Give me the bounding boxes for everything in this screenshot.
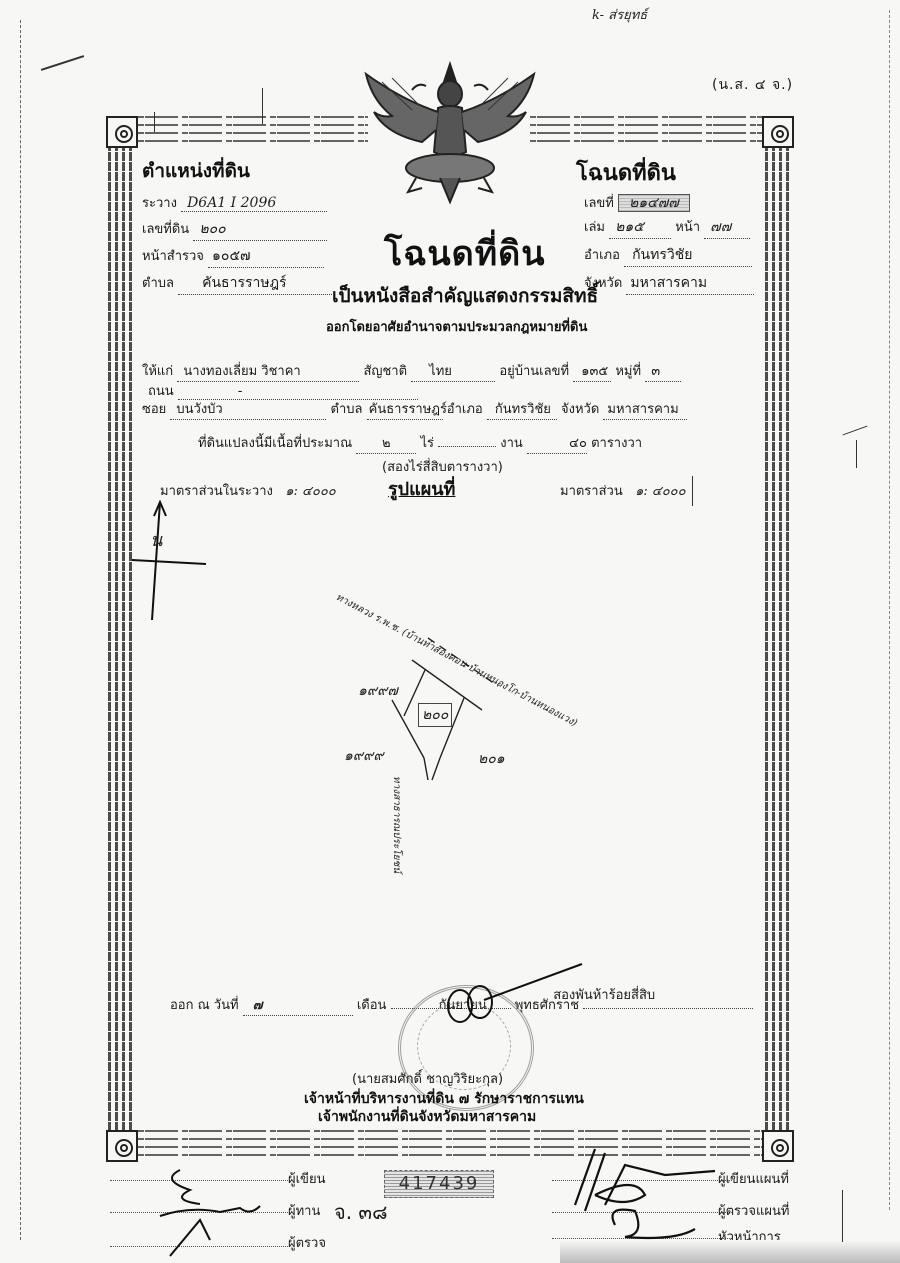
official-name: (นายสมศักดิ์ ชาญวิริยะกุล): [352, 1068, 503, 1089]
north-label: น: [150, 525, 162, 554]
soi-label: ซอย: [142, 402, 166, 417]
district-value-2: กันทรวิชัย: [487, 398, 557, 420]
book-page-field: เล่ม ๒๑๕ หน้า ๗๗: [584, 216, 750, 239]
stray-mark: [41, 55, 84, 71]
area-prefix: ที่ดินแปลงนี้มีเนื้อที่ประมาณ: [198, 436, 352, 451]
parcel-number-field: เลขที่ดิน ๒๐๐: [142, 218, 327, 241]
page-edge-left: [20, 20, 22, 1240]
document-authority: ออกโดยอาศัยอำนาจตามประมวลกฎหมายที่ดิน: [326, 316, 587, 337]
area-rai-value: ๒: [356, 432, 416, 454]
book-value: ๒๑๕: [609, 216, 671, 239]
form-series-code: จ. ๓๘: [334, 1196, 388, 1228]
survey-page-value: ๑๐๕๗: [208, 245, 324, 268]
map-sheet-label: ระวาง: [142, 196, 177, 211]
area-wa-label: ตารางวา: [591, 436, 642, 451]
owner-row: ให้แก่ นางทองเลี่ยม วิชาคา สัญชาติ ไทย อ…: [142, 360, 681, 382]
garuda-emblem-icon: [352, 60, 548, 210]
scale-left-value: ๑: ๔๐๐๐: [285, 484, 335, 499]
owner-name: นางทองเลี่ยม วิชาคา: [177, 360, 359, 382]
area-rai-label: ไร่: [420, 436, 434, 451]
area-wa-value: ๔๐: [527, 432, 587, 454]
location-heading: ตำแหน่งที่ดิน: [142, 156, 250, 186]
map-title: รูปแผนที่: [388, 474, 455, 503]
border-left: [108, 148, 134, 1130]
border-right: [765, 148, 791, 1130]
province-value: มหาสารคาม: [626, 272, 754, 295]
corner-ornament-icon: [106, 116, 138, 148]
subdistrict-field: ตำบล คันธารราษฎร์: [142, 272, 332, 295]
province-label-2: จังหวัด: [561, 402, 599, 417]
nationality-value: ไทย: [411, 360, 495, 382]
address-row: ซอย บนวังบัว ตำบล คันธารราษฎร์ อำเภอ กัน…: [142, 398, 687, 420]
footer-right-signatures: [565, 1145, 725, 1245]
moo-value: ๓: [645, 360, 681, 382]
corner-ornament-icon: [106, 1130, 138, 1162]
district-field: อำเภอ กันทรวิชัย: [584, 244, 752, 267]
border-top-right: [530, 116, 762, 148]
page-label: หน้า: [675, 220, 700, 235]
subdistrict-value: คันธารราษฎร์: [178, 272, 332, 295]
corner-ornament-icon: [762, 116, 794, 148]
footer-left-signatures: [150, 1160, 290, 1260]
scale-left: มาตราส่วนในระวาง ๑: ๔๐๐๐: [160, 480, 336, 501]
issue-date-label: ออก ณ วันที่: [170, 998, 239, 1013]
document-subtitle: เป็นหนังสือสำคัญแสดงกรรมสิทธิ์: [332, 281, 598, 311]
issue-day: ๗: [243, 994, 353, 1016]
stray-mark: [856, 440, 857, 468]
parcel-label: ๒๐๐: [418, 703, 452, 727]
stray-mark: [692, 476, 693, 506]
writer-label: ผู้เขียน: [288, 1168, 325, 1189]
district-label: อำเภอ: [584, 248, 620, 263]
neighbor-label: ๑๙๙๗: [358, 680, 398, 702]
soi-value: บนวังบัว: [170, 398, 326, 420]
area-ngan-value: [438, 446, 496, 447]
scale-right-value: ๑: ๔๐๐๐: [635, 484, 685, 499]
subdistrict-label: ตำบล: [142, 276, 174, 291]
house-no-value: ๑๓๕: [573, 360, 611, 382]
path-label: ทางสาธารณประโยชน์: [389, 776, 404, 873]
province-field: จังหวัด มหาสารคาม: [584, 272, 754, 295]
parcel-number-value: ๒๐๐: [193, 218, 327, 241]
subdistrict-label-2: ตำบล: [331, 402, 363, 417]
scale-left-label: มาตราส่วนในระวาง: [160, 484, 273, 499]
serial-number: 417439: [384, 1170, 494, 1198]
book-label: เล่ม: [584, 220, 605, 235]
inspector-label: ผู้ตรวจ: [288, 1232, 326, 1253]
area-row: ที่ดินแปลงนี้มีเนื้อที่ประมาณ ๒ ไร่ งาน …: [198, 432, 642, 454]
neighbor-label: ๑๙๙๙: [344, 745, 384, 767]
scale-right-label: มาตราส่วน: [560, 484, 623, 499]
map-sheet-field: ระวาง D6A1 I 2096: [142, 192, 327, 213]
deed-heading: โฉนดที่ดิน: [576, 155, 676, 190]
road-label: ถนน: [148, 384, 174, 399]
deed-number-value: ๒๑๔๗๗: [618, 194, 690, 212]
province-value-2: มหาสารคาม: [603, 398, 687, 420]
map-checker-label: ผู้ตรวจแผนที่: [718, 1200, 789, 1221]
form-code: (น.ส. ๔ จ.): [712, 74, 793, 96]
survey-page-field: หน้าสำรวจ ๑๐๕๗: [142, 245, 324, 268]
neighbor-label: ๒๐๑: [478, 748, 505, 770]
document-title: โฉนดที่ดิน: [384, 226, 545, 280]
house-no-label: อยู่บ้านเลขที่: [499, 364, 569, 379]
stray-mark: [842, 1190, 843, 1242]
parcel-map: [300, 580, 620, 900]
district-label-2: อำเภอ: [447, 402, 483, 417]
nationality-label: สัญชาติ: [363, 364, 407, 379]
checker-label: ผู้ทาน: [288, 1200, 320, 1221]
deed-number-field: เลขที่ ๒๑๔๗๗: [584, 192, 690, 214]
page-value: ๗๗: [704, 216, 750, 239]
moo-label: หมู่ที่: [615, 364, 641, 379]
map-sheet-value: D6A1 I 2096: [181, 195, 327, 212]
district-value: กันทรวิชัย: [624, 244, 752, 267]
scan-edge-shadow: [560, 1240, 900, 1263]
corner-note: k- ส่รยุทธ์: [592, 4, 647, 25]
corner-ornament-icon: [762, 1130, 794, 1162]
deed-number-label: เลขที่: [584, 196, 614, 211]
issue-month-label: เดือน: [357, 998, 387, 1013]
official-title-2: เจ้าพนักงานที่ดินจังหวัดมหาสารคาม: [318, 1106, 536, 1128]
area-ngan-label: งาน: [500, 436, 523, 451]
official-signature: [440, 960, 590, 1040]
scale-right: มาตราส่วน ๑: ๔๐๐๐: [560, 480, 686, 501]
map-writer-label: ผู้เขียนแผนที่: [718, 1168, 789, 1189]
subdistrict-value-2: คันธารราษฎร์: [367, 398, 443, 420]
border-top-left: [138, 116, 368, 148]
parcel-number-label: เลขที่ดิน: [142, 222, 189, 237]
owner-to-label: ให้แก่: [142, 364, 173, 379]
north-arrow-icon: [130, 500, 220, 620]
issue-year-field: สองพันห้าร้อยสี่สิบ: [583, 1008, 753, 1009]
page-edge-right: [889, 10, 891, 1210]
stray-mark: [843, 426, 868, 436]
survey-page-label: หน้าสำรวจ: [142, 249, 204, 264]
